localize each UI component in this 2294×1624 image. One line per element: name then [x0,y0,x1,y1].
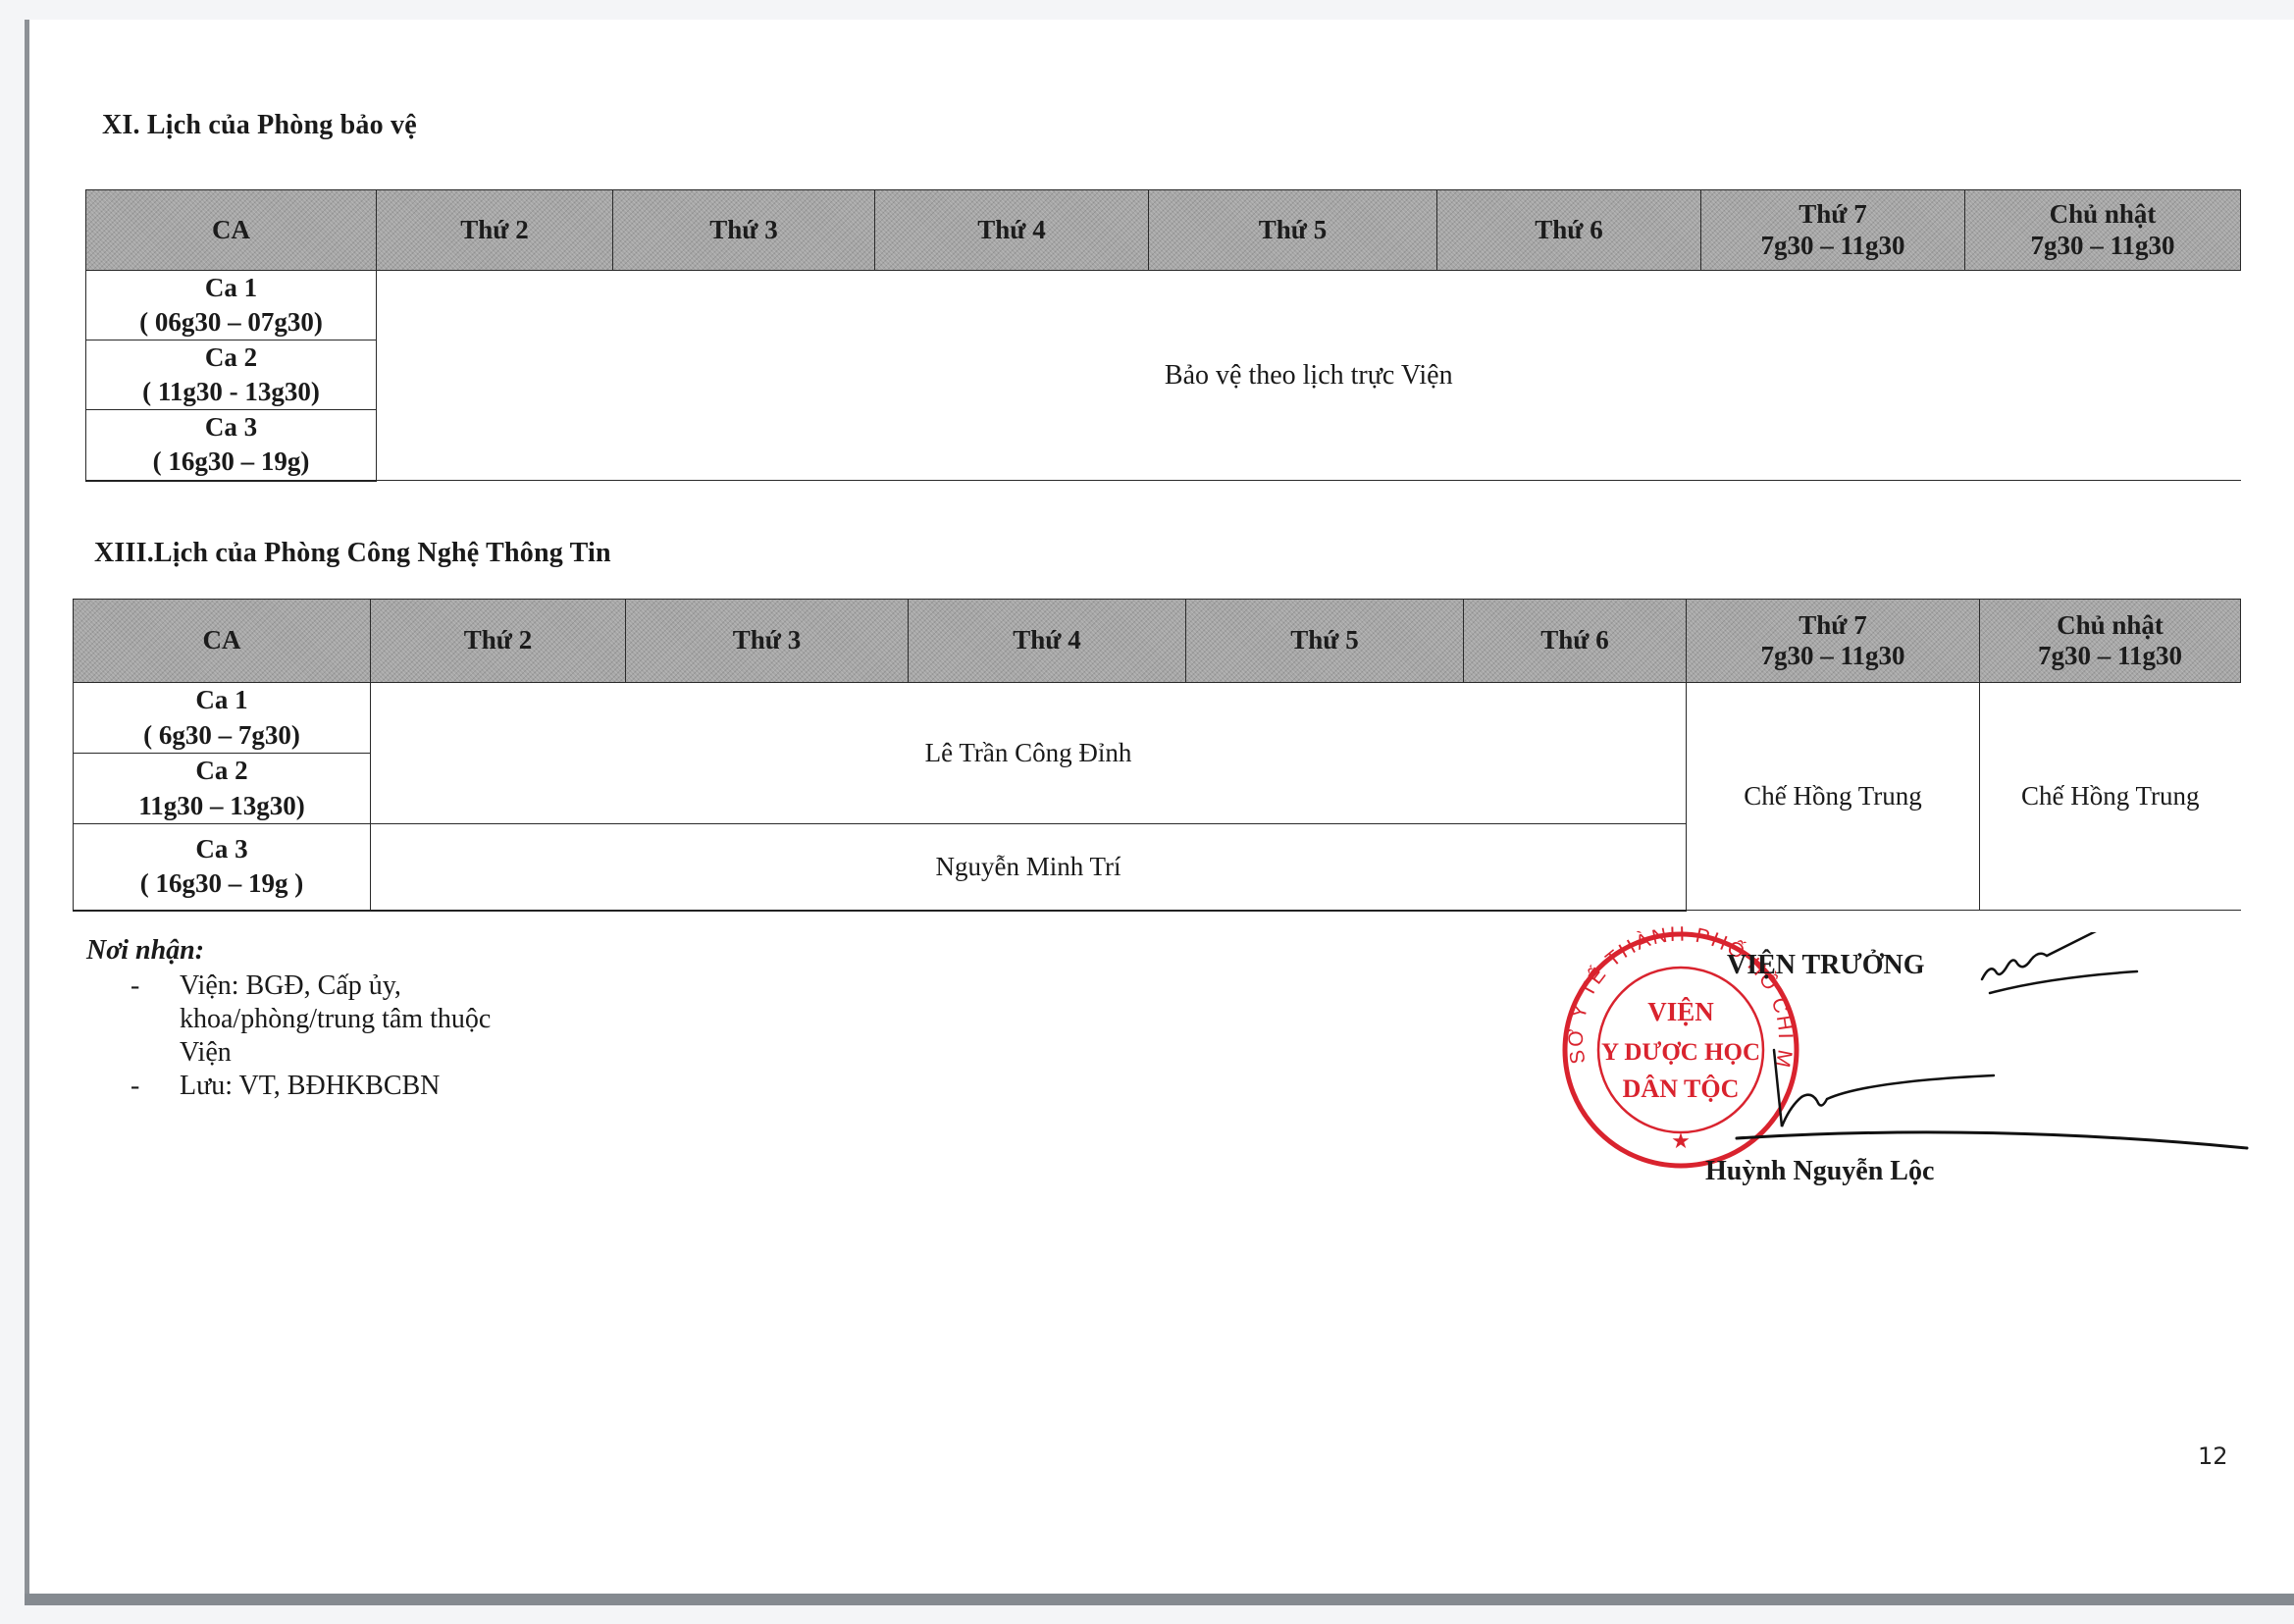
shift-name: Ca 3 [74,832,370,866]
shift-cell: Ca 1 ( 06g30 – 07g30) [86,271,377,341]
recipients-label: Nơi nhận: [86,934,503,968]
header-thu-3: Thứ 3 [626,600,909,683]
scan-edge-bottom [25,1594,2294,1605]
shift-cell: Ca 3 ( 16g30 – 19g) [86,410,377,481]
shift-name: Ca 2 [74,754,370,788]
header-thu-7: Thứ 7 7g30 – 11g30 [1701,190,1965,271]
saturday-assignee: Chế Hồng Trung [1687,683,1980,911]
table-row: Ca 1 ( 6g30 – 7g30) Lê Trần Công Đỉnh Ch… [74,683,2241,754]
header-ca: CA [86,190,377,271]
shift-time: ( 16g30 – 19g ) [74,866,370,901]
shift-cell: Ca 2 11g30 – 13g30) [74,754,371,824]
handwritten-signature-icon [1629,932,2257,1158]
shift-name: Ca 2 [86,341,376,375]
header-thu-4: Thứ 4 [875,190,1149,271]
recipients-list: Viện: BGĐ, Cấp ủy, khoa/phòng/trung tâm … [86,969,503,1103]
shift-time: ( 6g30 – 7g30) [74,718,370,753]
shift-time: ( 06g30 – 07g30) [86,305,376,340]
recipients-block: Nơi nhận: Viện: BGĐ, Cấp ủy, khoa/phòng/… [86,934,503,1103]
shift-time: ( 16g30 – 19g) [86,445,376,479]
header-thu-7-label: Thứ 7 [1687,610,1979,641]
section-title-security: XI. Lịch của Phòng bảo vệ [102,110,417,141]
shift-cell: Ca 1 ( 6g30 – 7g30) [74,683,371,754]
header-thu-6: Thứ 6 [1437,190,1701,271]
table-row: Ca 1 ( 06g30 – 07g30) Bảo vệ theo lịch t… [86,271,2241,341]
shift-name: Ca 1 [74,683,370,717]
header-thu-5: Thứ 5 [1149,190,1437,271]
recipient-item: Viện: BGĐ, Cấp ủy, khoa/phòng/trung tâm … [86,969,503,1070]
header-thu-2: Thứ 2 [371,600,626,683]
shift-name: Ca 3 [86,410,376,445]
header-thu-2: Thứ 2 [377,190,613,271]
header-thu-3: Thứ 3 [613,190,875,271]
section-title-it: XIII.Lịch của Phòng Công Nghệ Thông Tin [94,538,611,569]
security-schedule-table: CA Thứ 2 Thứ 3 Thứ 4 Thứ 5 Thứ 6 Thứ 7 7… [85,189,2241,482]
shift-cell: Ca 3 ( 16g30 – 19g ) [74,824,371,911]
table-header-row: CA Thứ 2 Thứ 3 Thứ 4 Thứ 5 Thứ 6 Thứ 7 7… [86,190,2241,271]
sunday-assignee: Chế Hồng Trung [1980,683,2241,911]
header-chu-nhat: Chủ nhật 7g30 – 11g30 [1980,600,2241,683]
header-thu-7-label: Thứ 7 [1701,199,1964,230]
header-thu-7: Thứ 7 7g30 – 11g30 [1687,600,1980,683]
header-chu-nhat-label: Chủ nhật [1980,610,2240,641]
header-thu-6: Thứ 6 [1464,600,1687,683]
header-ca: CA [74,600,371,683]
shift-time: 11g30 – 13g30) [74,789,370,823]
signer-title: VIỆN TRƯỞNG [1727,950,1924,981]
header-thu-7-time: 7g30 – 11g30 [1701,231,1964,261]
shift-cell: Ca 2 ( 11g30 - 13g30) [86,341,377,410]
table-header-row: CA Thứ 2 Thứ 3 Thứ 4 Thứ 5 Thứ 6 Thứ 7 7… [74,600,2241,683]
it-schedule-table: CA Thứ 2 Thứ 3 Thứ 4 Thứ 5 Thứ 6 Thứ 7 7… [73,599,2241,912]
header-thu-7-time: 7g30 – 11g30 [1687,641,1979,671]
page-number: 12 [2198,1442,2228,1470]
weekday-ca3-assignee: Nguyễn Minh Trí [371,824,1687,911]
recipient-item: Lưu: VT, BĐHKBCBN [86,1070,503,1103]
header-thu-5: Thứ 5 [1186,600,1464,683]
header-chu-nhat-time: 7g30 – 11g30 [1980,641,2240,671]
signer-name: Huỳnh Nguyễn Lộc [1705,1156,1934,1187]
header-chu-nhat: Chủ nhật 7g30 – 11g30 [1965,190,2241,271]
header-chu-nhat-label: Chủ nhật [1965,199,2240,230]
shift-time: ( 11g30 - 13g30) [86,375,376,409]
header-thu-4: Thứ 4 [909,600,1186,683]
merged-schedule-cell: Bảo vệ theo lịch trực Viện [377,271,2241,481]
shift-name: Ca 1 [86,271,376,305]
weekday-ca1-ca2-assignee: Lê Trần Công Đỉnh [371,683,1687,824]
header-chu-nhat-time: 7g30 – 11g30 [1965,231,2240,261]
